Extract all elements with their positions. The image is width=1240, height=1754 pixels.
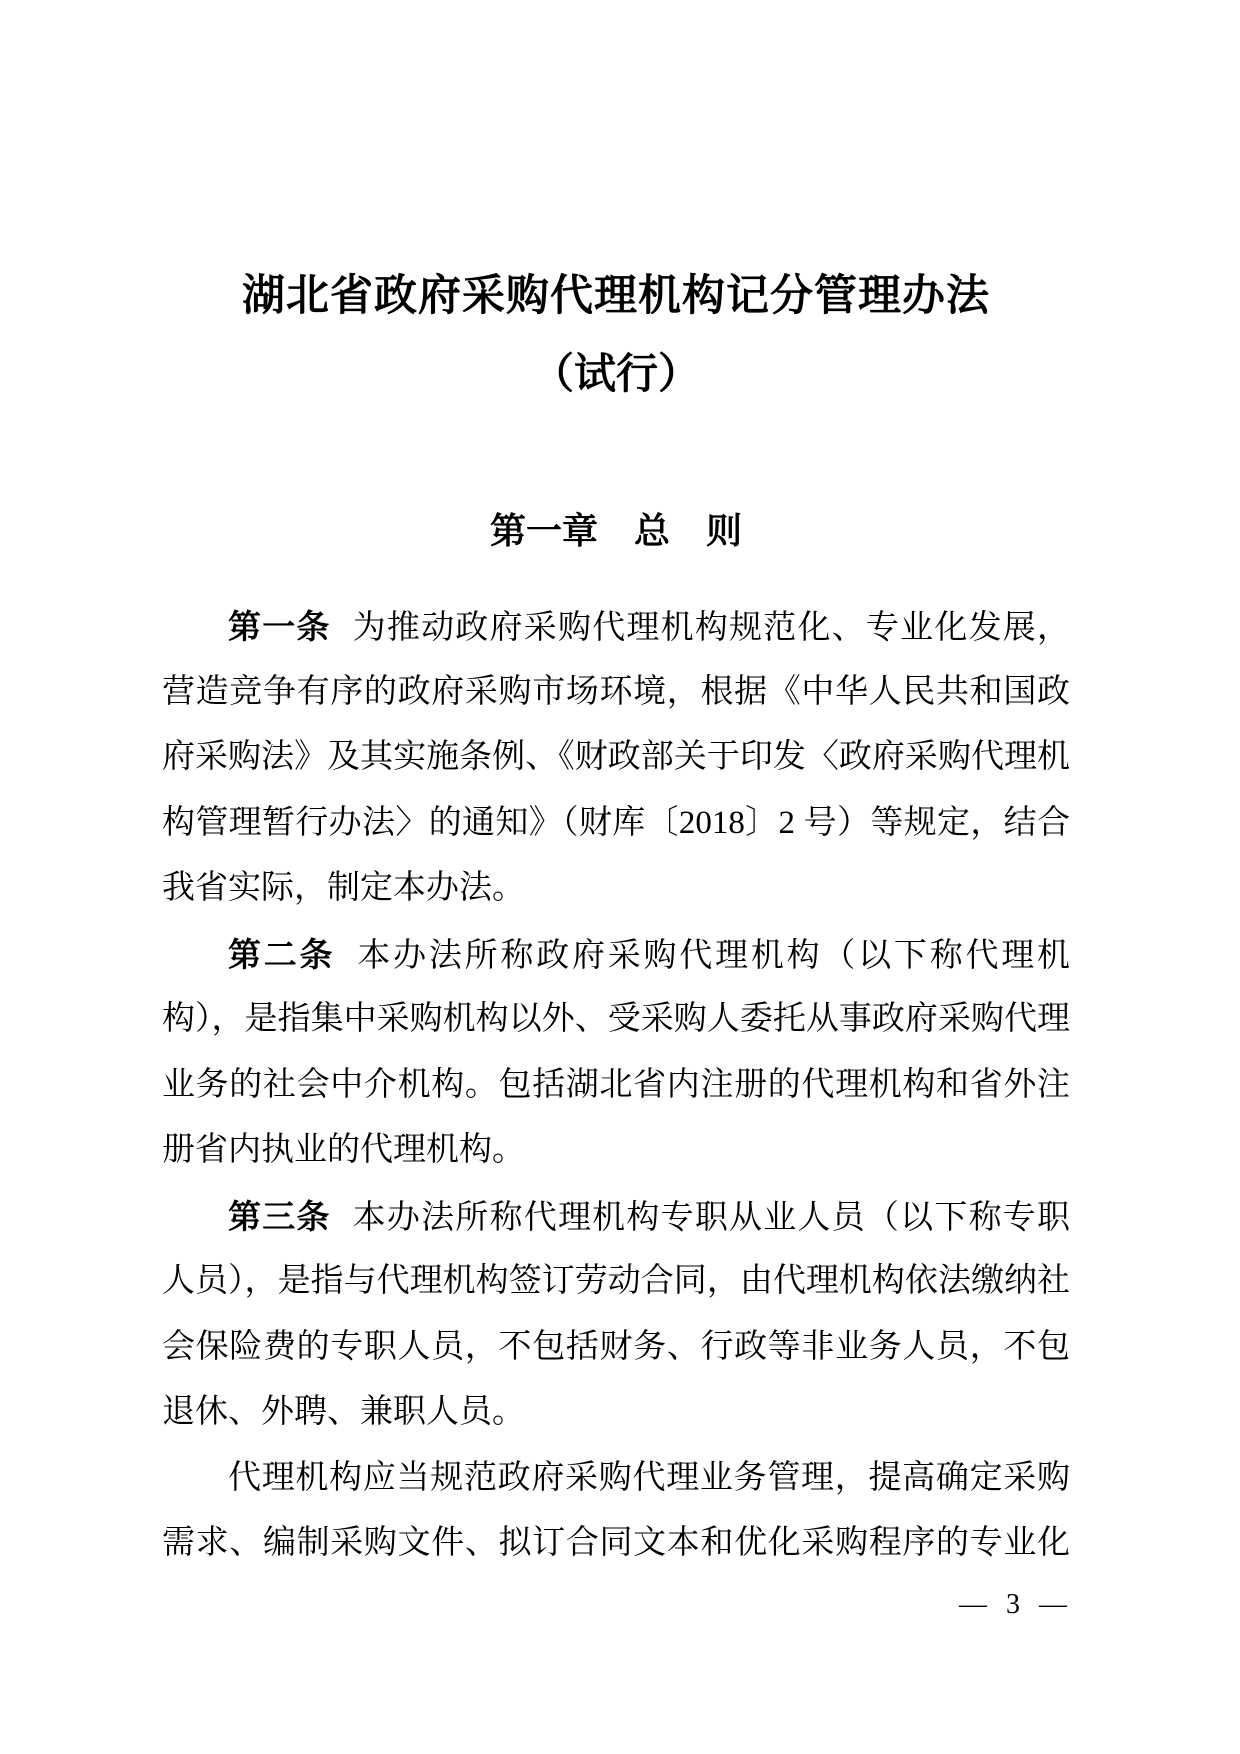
- body-line-text: 构），是指集中采购机构以外、受采购人委托从事政府采购代理: [162, 1001, 1070, 1037]
- body-line: 府采购法》及其实施条例、《财政部关于印发〈政府采购代理机: [162, 725, 1070, 791]
- chapter-heading: 第一章 总 则: [162, 510, 1070, 552]
- document-content: 湖北省政府采购代理机构记分管理办法 （试行） 第一章 总 则 第一条为推动政府采…: [162, 0, 1070, 1577]
- body-line: 会保险费的专职人员，不包括财务、行政等非业务人员，不包括: [162, 1315, 1070, 1381]
- body-line: 我省实际，制定本办法。: [162, 856, 1070, 922]
- body-line-text: 府采购法》及其实施条例、《财政部关于印发〈政府采购代理机: [162, 739, 1070, 775]
- body-line-text: 营造竞争有序的政府采购市场环境，根据《中华人民共和国政: [162, 674, 1070, 710]
- body-line-text: 需求、编制采购文件、拟订合同文本和优化采购程序的专业化: [162, 1525, 1070, 1561]
- body-line-text: 册省内执业的代理机构。: [162, 1132, 525, 1168]
- article-number-label: 第三条: [228, 1198, 331, 1235]
- body-line: 构），是指集中采购机构以外、受采购人委托从事政府采购代理: [162, 987, 1070, 1053]
- document-subtitle: （试行）: [162, 336, 1070, 414]
- article-body: 第一条为推动政府采购代理机构规范化、专业化发展，营造竞争有序的政府采购市场环境，…: [162, 594, 1070, 1577]
- article-number-label: 第二条: [228, 936, 335, 973]
- document-title: 湖北省政府采购代理机构记分管理办法: [162, 258, 1070, 336]
- body-line: 册省内执业的代理机构。: [162, 1118, 1070, 1184]
- body-line: 代理机构应当规范政府采购代理业务管理，提高确定采购: [162, 1446, 1070, 1512]
- body-line-text: 会保险费的专职人员，不包括财务、行政等非业务人员，不包括: [162, 1329, 1070, 1381]
- body-line-text: 人员），是指与代理机构签订劳动合同，由代理机构依法缴纳社: [162, 1263, 1070, 1299]
- document-page: 湖北省政府采购代理机构记分管理办法 （试行） 第一章 总 则 第一条为推动政府采…: [0, 0, 1240, 1754]
- body-line: 构管理暂行办法〉的通知》（财库〔2018〕2 号）等规定，结合: [162, 791, 1070, 857]
- body-line: 需求、编制采购文件、拟订合同文本和优化采购程序的专业化: [162, 1511, 1070, 1577]
- body-line-text: 本办法所称政府采购代理机构（以下称代理机: [357, 938, 1070, 974]
- body-line: 第二条本办法所称政府采购代理机构（以下称代理机: [162, 922, 1070, 988]
- body-line-text: 我省实际，制定本办法。: [162, 870, 525, 906]
- body-line: 第三条本办法所称代理机构专职从业人员（以下称专职: [162, 1184, 1070, 1250]
- body-line: 第一条为推动政府采购代理机构规范化、专业化发展，: [162, 594, 1070, 660]
- body-line: 营造竞争有序的政府采购市场环境，根据《中华人民共和国政: [162, 660, 1070, 726]
- body-line-text: 本办法所称代理机构专职从业人员（以下称专职: [353, 1200, 1070, 1236]
- body-line: 业务的社会中介机构。包括湖北省内注册的代理机构和省外注: [162, 1053, 1070, 1119]
- body-line: 退休、外聘、兼职人员。: [162, 1380, 1070, 1446]
- body-line-text: 为推动政府采购代理机构规范化、专业化发展，: [353, 610, 1070, 646]
- body-line-text: 业务的社会中介机构。包括湖北省内注册的代理机构和省外注: [162, 1067, 1070, 1103]
- body-line-text: 构管理暂行办法〉的通知》（财库〔2018〕2 号）等规定，结合: [162, 805, 1070, 841]
- body-line-text: 代理机构应当规范政府采购代理业务管理，提高确定采购: [228, 1460, 1070, 1496]
- page-number: — 3 —: [959, 1588, 1073, 1622]
- article-number-label: 第一条: [228, 608, 331, 645]
- body-line: 人员），是指与代理机构签订劳动合同，由代理机构依法缴纳社: [162, 1249, 1070, 1315]
- body-line-text: 退休、外聘、兼职人员。: [162, 1394, 525, 1430]
